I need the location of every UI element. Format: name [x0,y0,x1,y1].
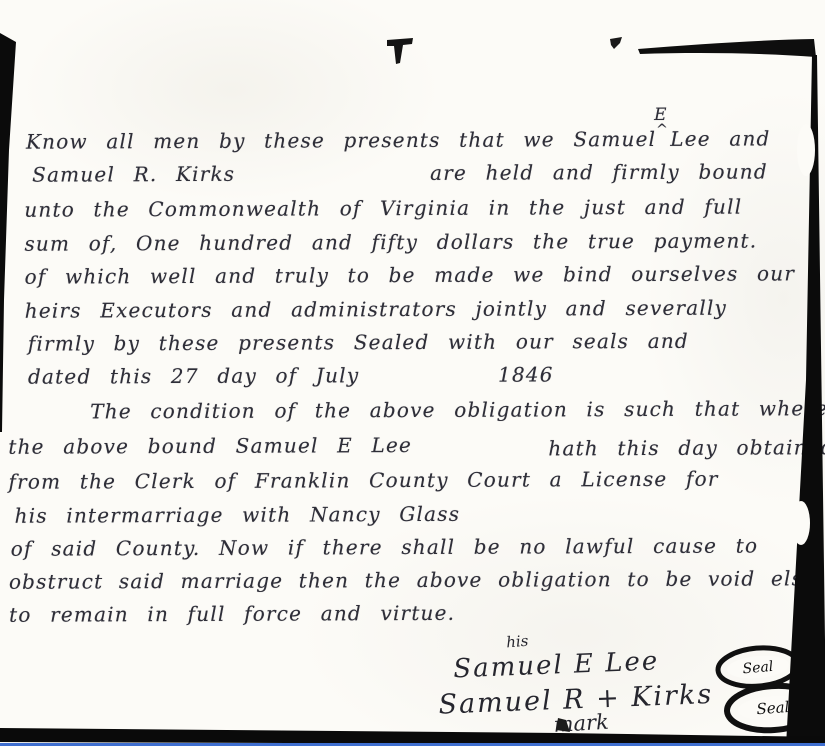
manuscript-line: sum of, One hundred and fifty dollars th… [24,228,757,255]
manuscript-line: heirs Executors and administrators joint… [25,296,727,323]
line-text: sum of, One hundred and fifty dollars th… [24,228,757,255]
line-text: the above bound Samuel E Lee [8,433,412,459]
line-text: are held and firmly bound [430,159,768,184]
line1-pre: Know all men by these presents that we S… [26,127,656,154]
manuscript-line: unto the Commonwealth of Virginia in the… [24,195,742,222]
manuscript-line: Know all men by these presents that we S… [26,125,771,153]
line-text: firmly by these presents Sealed with our… [28,329,689,356]
manuscript-line: to remain in full force and virtue. [9,601,455,627]
his-annotation: his [506,632,529,652]
interlined-insertion: E^ [656,126,670,146]
manuscript-line: The condition of the above obligation is… [90,396,825,423]
line-text: Samuel R. Kirks [32,162,235,187]
line-text: dated this 27 day of July [28,363,359,388]
seal-scribble-2: Seal [720,676,825,741]
seal-text: Seal [756,698,790,718]
line-text: of which well and truly to be made we bi… [25,261,796,288]
manuscript-line: his intermarriage with Nancy Glass [15,502,461,528]
date-year: 1846 [498,362,554,386]
line-text: his intermarriage with Nancy Glass [15,502,461,528]
mark-annotation: mark [553,710,609,737]
manuscript-line: the above bound Samuel E Lee hath this d… [8,433,412,459]
manuscript-line: of which well and truly to be made we bi… [25,261,796,288]
line-text: from the Clerk of Franklin County Court … [8,467,718,494]
line-text: hath this day obtained [548,435,825,460]
seal-text: Seal [742,659,774,678]
manuscript-line: of said County. Now if there shall be no… [11,533,759,560]
line-text: obstruct said marriage then the above ob… [9,566,816,594]
signature-samuel-e-lee: Samuel E Lee [453,646,660,684]
line-text: of said County. Now if there shall be no… [11,533,759,560]
line-text: heirs Executors and administrators joint… [25,296,727,323]
line1-post: Lee and [670,126,770,150]
manuscript-line: Samuel R. Kirks are held and firmly boun… [32,162,235,187]
manuscript-line: firmly by these presents Sealed with our… [28,329,689,356]
manuscript-line: dated this 27 day of July 1846 [28,363,359,388]
manuscript-line: obstruct said marriage then the above ob… [9,566,816,594]
manuscript-line: from the Clerk of Franklin County Court … [8,467,718,494]
line-text: to remain in full force and virtue. [9,601,455,627]
line-text: unto the Commonwealth of Virginia in the… [24,195,742,222]
manuscript-body: Know all men by these presents that we S… [0,0,825,746]
line-text: The condition of the above obligation is… [90,396,825,423]
scanned-document-page: Know all men by these presents that we S… [0,0,825,746]
caret-mark: ^ [656,122,669,138]
